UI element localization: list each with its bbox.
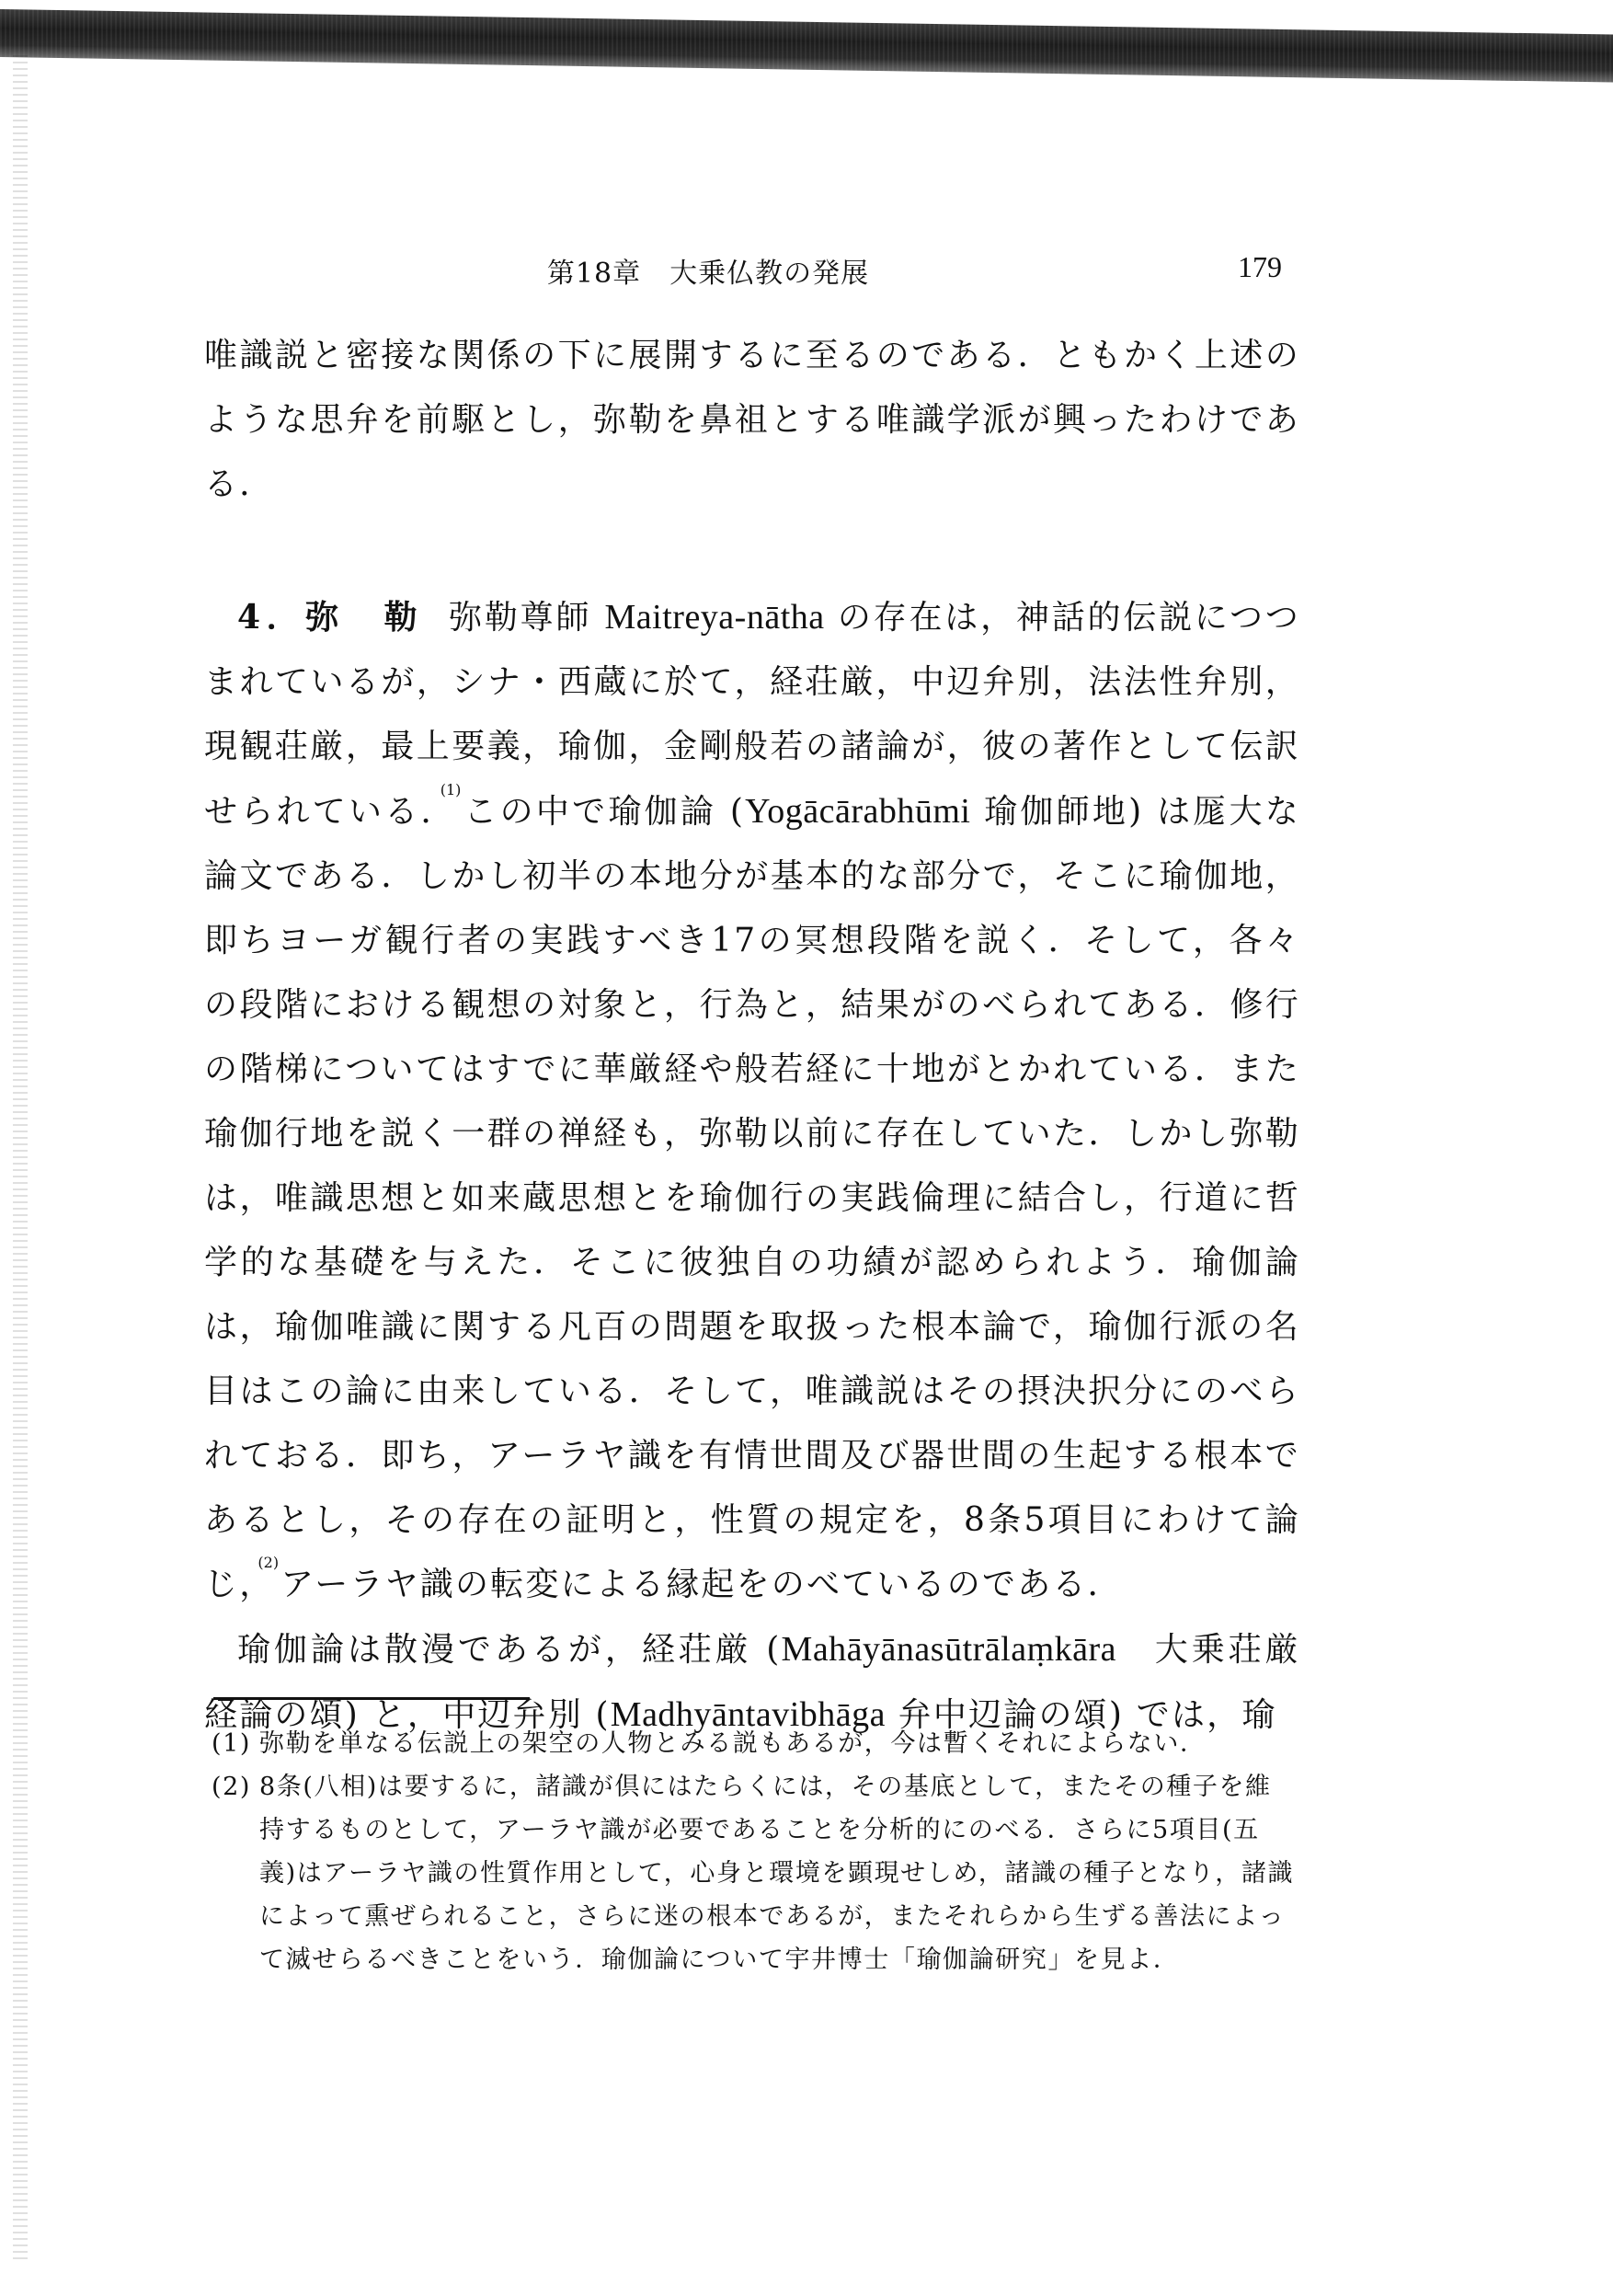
paragraph-gap (204, 517, 1300, 585)
section-heading: 4．弥 勒 (237, 598, 423, 637)
latin-term: Yogācārabhūmi (745, 792, 970, 831)
footnote-divider (213, 1697, 530, 1700)
footnote-text: 弥勒を単なる伝説上の架空の人物とみる説もあるが，今は暫くそれによらない． (259, 1722, 1297, 1765)
running-head: 第18章 大乗仏教の発展 179 (207, 250, 1297, 296)
paragraph-continuation: 唯識説と密接な関係の下に展開するに至るのである．ともかく上述のような思弁を前駆と… (204, 324, 1300, 517)
footnote-ref-2[interactable]: (2) (257, 1554, 279, 1571)
footnotes: (1) 弥勒を単なる伝説上の架空の人物とみる説もあるが，今は暫くそれによらない．… (212, 1722, 1297, 1981)
latin-term: Mahāyānasūtrālaṃkāra (782, 1630, 1117, 1669)
scan-shadow-band (0, 9, 1613, 83)
footnote-1: (1) 弥勒を単なる伝説上の架空の人物とみる説もあるが，今は暫くそれによらない． (212, 1722, 1297, 1765)
latin-term: Maitreya-nātha (605, 598, 825, 637)
page-number: 179 (1238, 250, 1282, 284)
footnote-2: (2) 8条(八相)は要するに，諸識が倶にはたらくには，その基底として，またその… (212, 1765, 1297, 1981)
body-text: 唯識説と密接な関係の下に展開するに至るのである．ともかく上述のような思弁を前駆と… (204, 324, 1300, 1748)
section-paragraph-maitreya: 4．弥 勒弥勒尊師 Maitreya-nātha の存在は，神話的伝説につつまれ… (204, 585, 1300, 1617)
scan-page-edge (13, 55, 28, 2263)
footnote-ref-1[interactable]: (1) (440, 781, 462, 798)
chapter-title: 第18章 大乗仏教の発展 (207, 250, 1297, 291)
footnote-mark: (2) (212, 1765, 259, 1981)
footnote-mark: (1) (212, 1722, 259, 1765)
footnote-text: 8条(八相)は要するに，諸識が倶にはたらくには，その基底として，またその種子を維… (259, 1765, 1297, 1981)
